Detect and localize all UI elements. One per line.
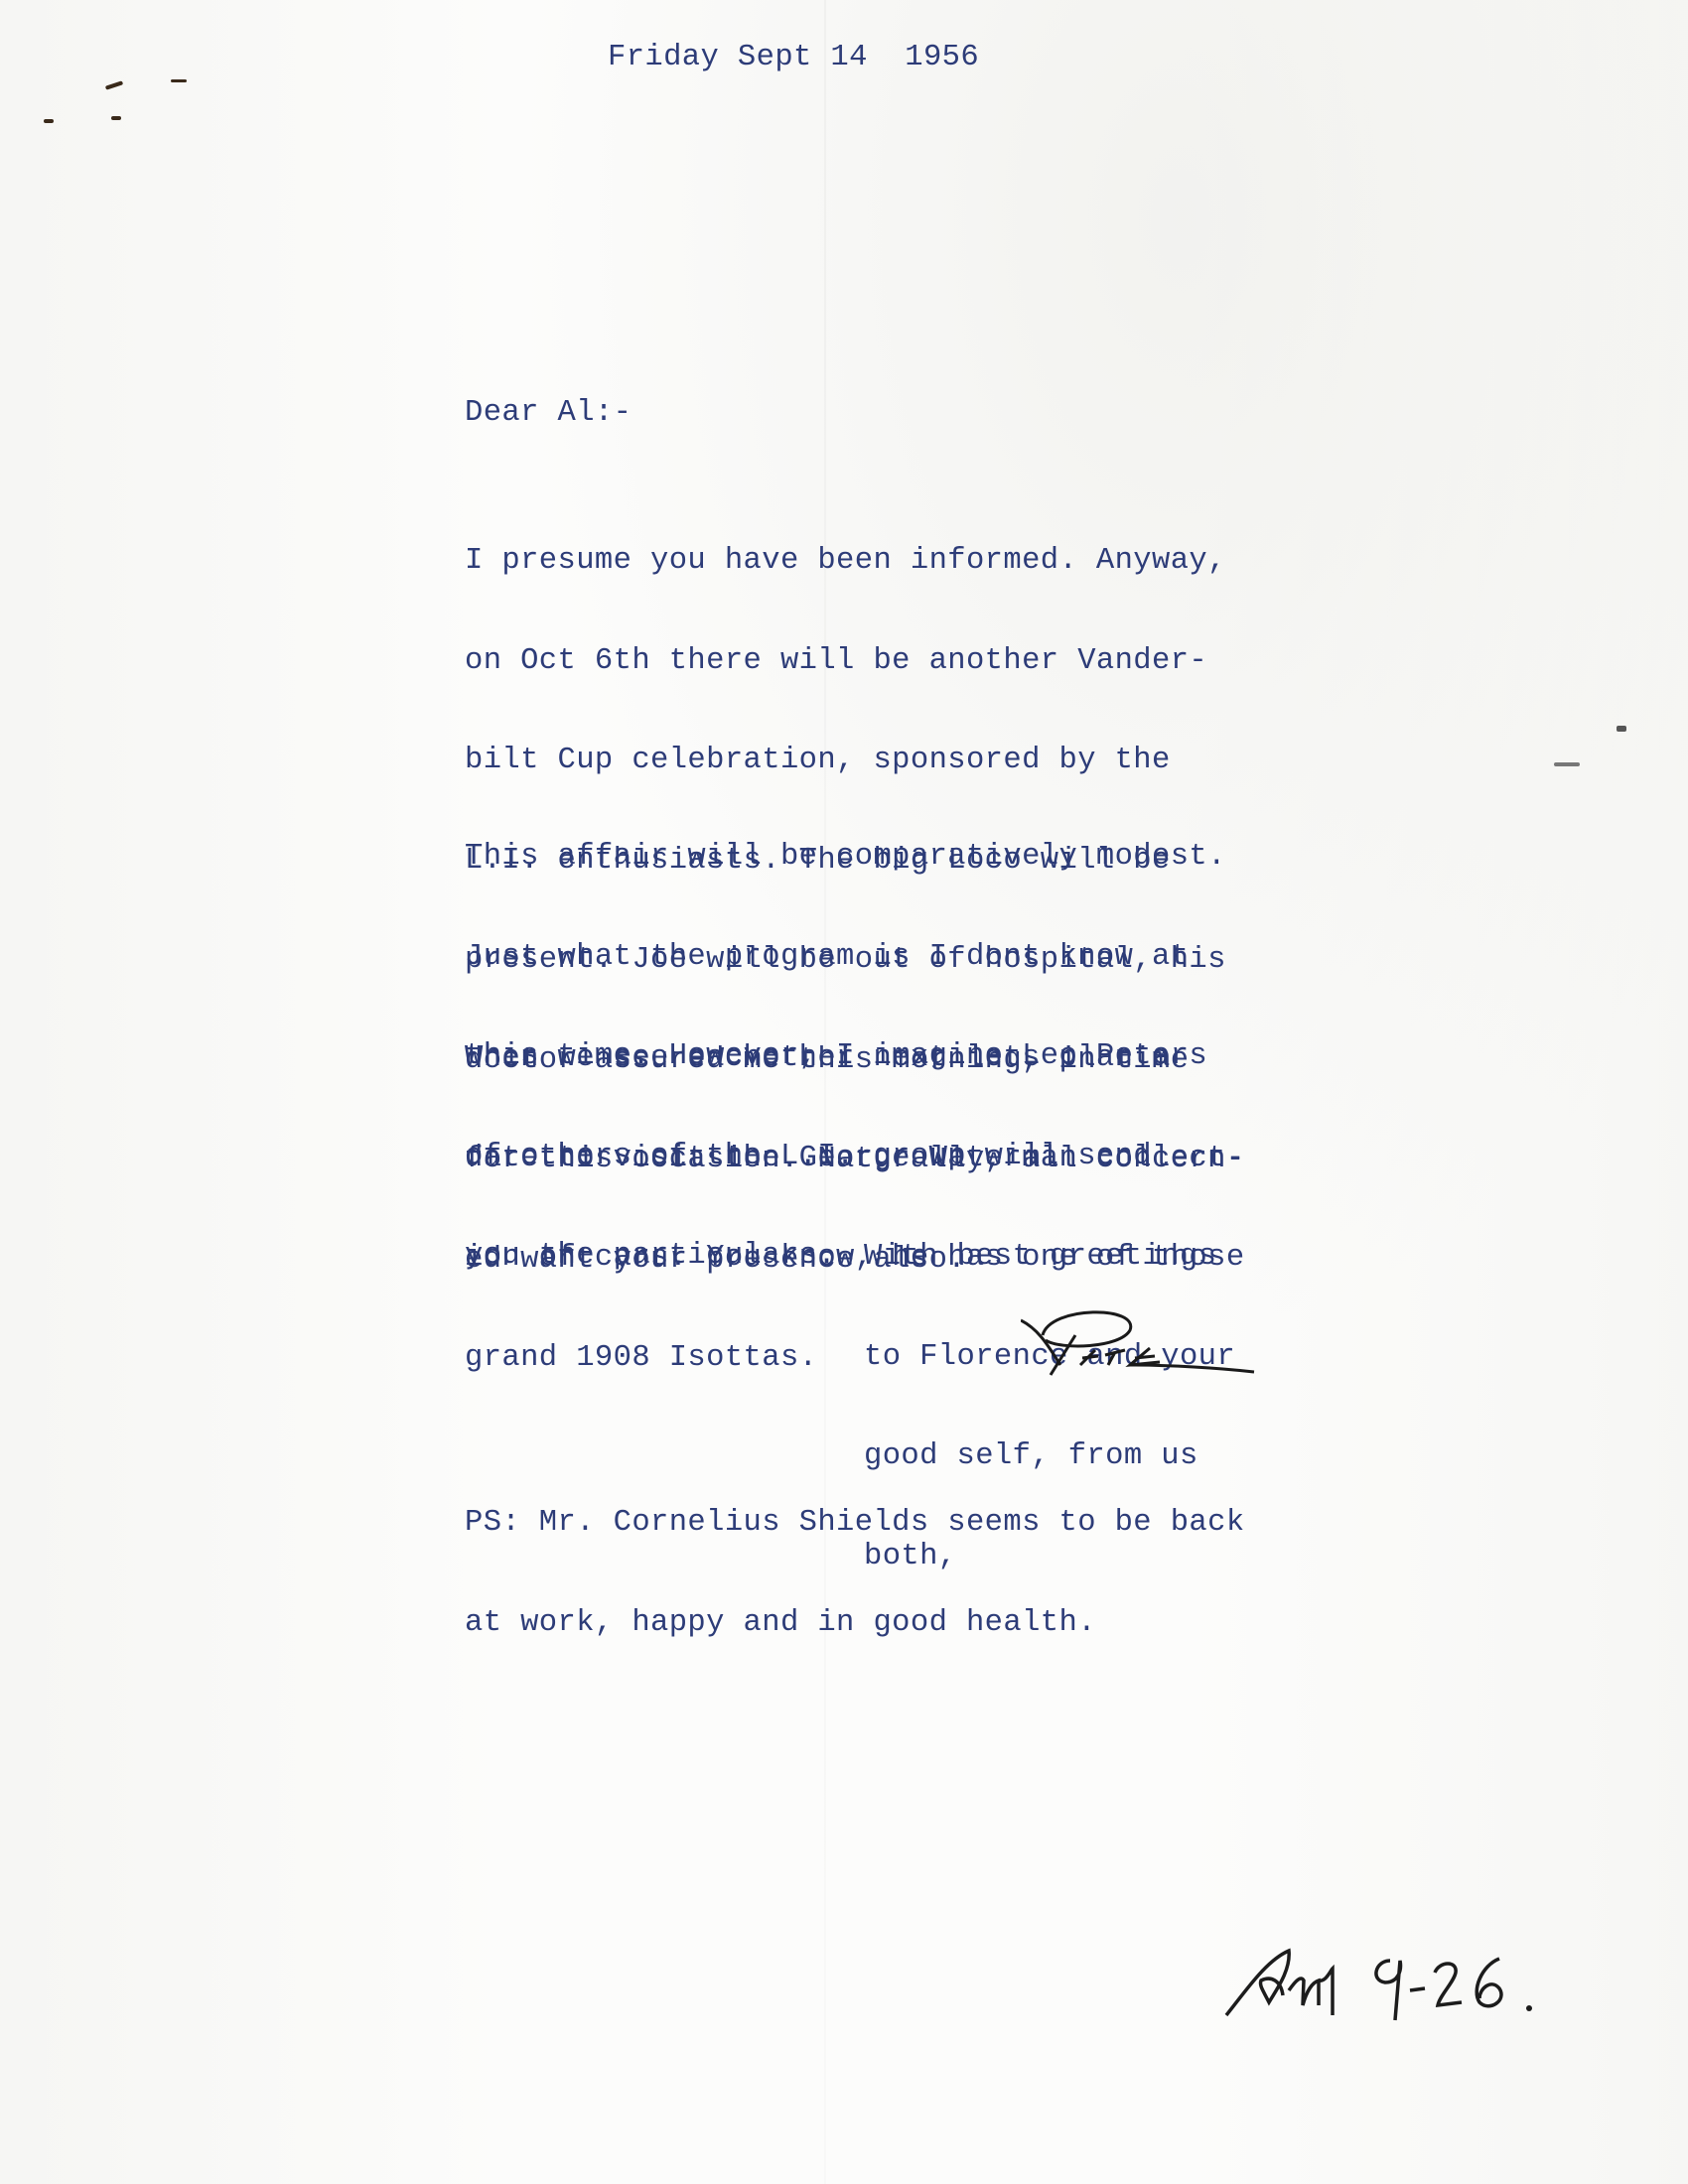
ink-speck (1554, 762, 1580, 766)
postscript: PS: Mr. Cornelius Shields seems to be ba… (465, 1440, 1245, 1706)
text-line: on Oct 6th there will be another Vander- (465, 645, 1245, 679)
text-line: Just what the program is I dont know at (465, 941, 1226, 975)
salutation: Dear Al:- (465, 397, 632, 431)
text-line: I presume you have been informed. Anyway… (465, 545, 1245, 579)
letter-page: Friday Sept 14 1956 Dear Al:- I presume … (0, 0, 1688, 2184)
ink-speck (1617, 726, 1626, 732)
handwritten-note (1211, 1921, 1539, 2030)
text-line: PS: Mr. Cornelius Shields seems to be ba… (465, 1507, 1245, 1541)
text-line: bilt Cup celebration, sponsored by the (465, 745, 1245, 778)
date-line: Friday Sept 14 1956 (608, 42, 979, 75)
text-line: This affair will be comparatively modest… (465, 841, 1226, 875)
signature-pete (1021, 1310, 1259, 1390)
text-line: date to visit the George Waterman collec… (465, 1143, 1245, 1176)
ink-speck (44, 119, 54, 123)
text-line: at work, happy and in good health. (465, 1607, 1245, 1641)
ink-speck (111, 116, 121, 120)
text-line: With best greetings (864, 1241, 1235, 1275)
text-line: When we see eachother next lets plan a (465, 1042, 1245, 1076)
ink-speck (105, 80, 123, 89)
ink-speck (171, 79, 187, 82)
